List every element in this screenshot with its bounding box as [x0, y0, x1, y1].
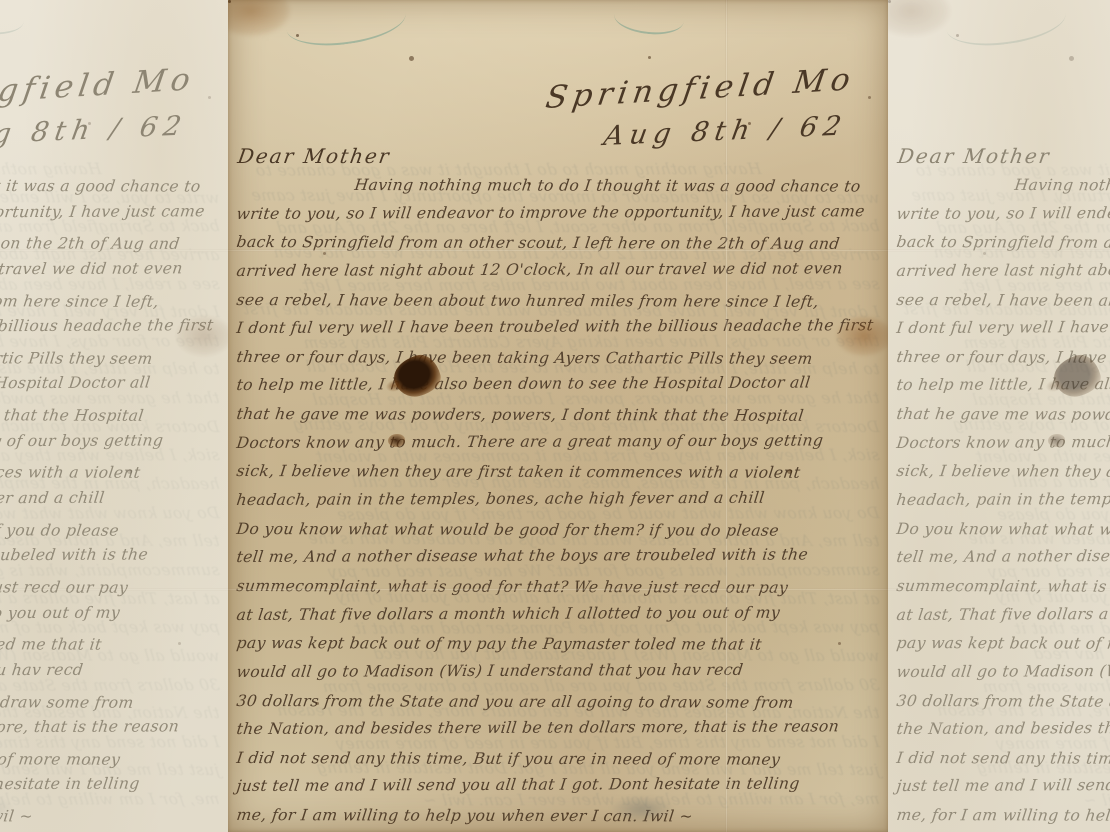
letter-line: at last, That five dollars a month which…: [234, 603, 888, 634]
letter-salutation: Dear Mother: [896, 144, 1052, 168]
letter-line: would all go to Madison (Wis) I understa…: [0, 660, 228, 691]
letter-page-right-partial: Having nothing much to do I thought it w…: [888, 0, 1110, 832]
letter-line: tell me, And a nother disease what the b…: [0, 545, 228, 576]
letter-body: Having nothing much to do I thought it w…: [896, 176, 1110, 832]
handwritten-letter: Having nothing much to do I thought it w…: [888, 0, 1110, 832]
pencil-scribble: [284, 0, 409, 52]
letter-page-center: Having nothing much to do I thought it w…: [228, 0, 888, 832]
letter-line: back to Springfield from an other scout,…: [894, 233, 1110, 264]
letter-line: just tell me and I will send you all tha…: [0, 775, 228, 806]
letter-line: Do you know what what would be good for …: [894, 520, 1110, 551]
paper-specks: [228, 0, 231, 3]
letter-line: I dont ful very well I have been troubel…: [0, 316, 228, 347]
letter-line: the Nation, and besides there will be te…: [234, 717, 888, 748]
letter-line: Doctors know any to much. There are a gr…: [0, 431, 228, 462]
pencil-scribble: [0, 0, 25, 38]
letter-line: tell me, And a nother disease what the b…: [894, 545, 1110, 576]
pencil-scribble: [944, 0, 1069, 52]
letter-line: Having nothing much to do I thought it w…: [1012, 176, 1110, 206]
letter-line: pay was kept back out of my pay the Paym…: [894, 634, 1110, 665]
letter-line: to help me little, I have also been down…: [234, 374, 888, 405]
handwritten-letter: Having nothing much to do I thought it w…: [0, 0, 228, 832]
letter-line: Doctors know any to much. There are a gr…: [894, 431, 1110, 462]
paper-specks: [888, 0, 891, 3]
letter-line: headach, pain in the temples, bones, ach…: [0, 488, 228, 519]
letter-line: write to you, so I will endeavor to impr…: [234, 202, 888, 233]
letter-line: at last, That five dollars a month which…: [894, 603, 1110, 634]
letter-line: write to you, so I will endeavor to impr…: [0, 202, 228, 233]
letter-line: arrived here last night about 12 O'clock…: [234, 259, 888, 290]
letter-line: tell me, And a nother disease what the b…: [234, 545, 888, 576]
letter-line: see a rebel, I have been about two hunre…: [894, 291, 1110, 322]
handwritten-letter: Having nothing much to do I thought it w…: [228, 0, 888, 832]
letter-line: the Nation, and besides there will be te…: [0, 717, 228, 748]
letter-line: arrived here last night about 12 O'clock…: [0, 259, 228, 290]
letter-body: Having nothing much to do I thought it w…: [0, 176, 226, 832]
letter-body: Having nothing much to do I thought it w…: [236, 176, 886, 832]
letter-line: me, for I am willing to help you when ev…: [0, 806, 228, 832]
letter-line: to help me little, I have also been down…: [0, 374, 228, 405]
scanned-letter-document: Having nothing much to do I thought it w…: [0, 0, 1110, 832]
letter-line: sick, I believe when they are first take…: [894, 462, 1110, 493]
letter-dateline-place: Springfield Mo: [543, 61, 857, 116]
stain-top-corner: [228, 0, 290, 36]
letter-dateline-date: Aug 8th / 62: [601, 111, 849, 152]
letter-salutation: Dear Mother: [236, 144, 392, 168]
pencil-scribble: [613, 0, 686, 38]
letter-line: headach, pain in the temples, bones, ach…: [894, 488, 1110, 519]
letter-page-left-partial: Having nothing much to do I thought it w…: [0, 0, 228, 832]
letter-line: arrived here last night about 12 O'clock…: [894, 259, 1110, 290]
letter-dateline-date: Aug 8th / 62: [0, 111, 189, 152]
letter-line: at last, That five dollars a month which…: [0, 603, 228, 634]
letter-line: three or four days, I have been taking A…: [894, 348, 1110, 379]
letter-line: me, for I am willing to help you when ev…: [894, 806, 1110, 832]
stain-top-corner: [888, 0, 950, 36]
letter-line: I did not send any this time, But if you…: [894, 749, 1110, 780]
letter-line: me, for I am willing to help you when ev…: [234, 806, 887, 832]
letter-line: I dont ful very well I have been troubel…: [234, 316, 888, 347]
letter-line: just tell me and I will send you all tha…: [894, 775, 1110, 806]
letter-line: to help me little, I have also been down…: [894, 374, 1110, 405]
letter-line: that he gave me was powders, powers, I d…: [894, 405, 1110, 436]
letter-line: the Nation, and besides there will be te…: [894, 717, 1110, 748]
letter-line: 30 dollars from the State and you are al…: [894, 692, 1110, 723]
letter-line: I dont ful very well I have been troubel…: [894, 316, 1110, 347]
letter-line: write to you, so I will endeavor to impr…: [894, 202, 1110, 233]
letter-line: summecomplaint, what is good for that? W…: [894, 577, 1110, 608]
letter-line: Doctors know any to much. There are a gr…: [234, 431, 888, 462]
letter-line: just tell me and I will send you all tha…: [234, 775, 888, 806]
letter-dateline-place: Springfield Mo: [0, 61, 198, 116]
letter-line: would all go to Madison (Wis) I understa…: [234, 660, 888, 691]
letter-line: would all go to Madison (Wis) I understa…: [894, 660, 1110, 691]
letter-line: headach, pain in the temples, bones, ach…: [234, 488, 888, 519]
